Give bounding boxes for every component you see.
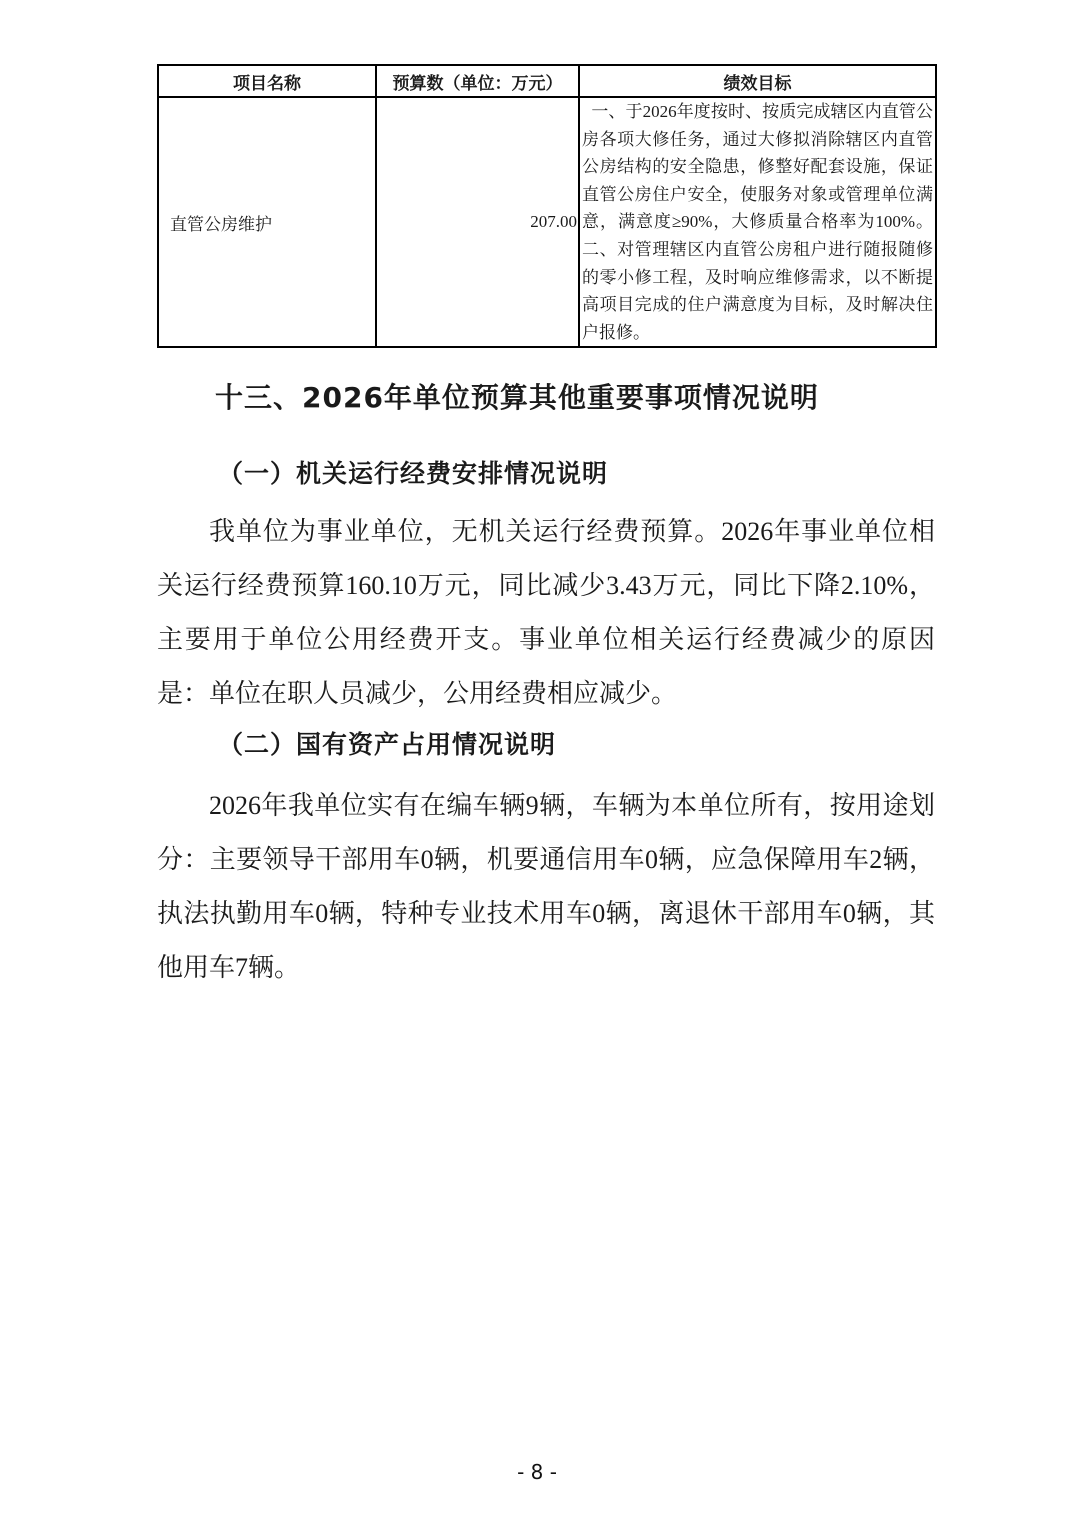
col-header-project-name: 项目名称 xyxy=(158,65,376,97)
subsection-1-heading: （一）机关运行经费安排情况说明 xyxy=(218,458,935,492)
budget-amount-cell: 207.00 xyxy=(376,97,579,347)
document-page: 项目名称 预算数（单位：万元） 绩效目标 直管公房维护 207.00 一、于20… xyxy=(157,64,935,995)
subsection-2-paragraph: 2026年我单位实有在编车辆9辆，车辆为本单位所有，按用途划分：主要领导干部用车… xyxy=(157,779,935,995)
subsection-1-paragraph: 我单位为事业单位，无机关运行经费预算。2026年事业单位相关运行经费预算160.… xyxy=(157,505,935,721)
page-number: - 8 - xyxy=(0,1460,1074,1484)
performance-goal-cell: 一、于2026年度按时、按质完成辖区内直管公房各项大修任务，通过大修拟消除辖区内… xyxy=(579,97,936,347)
subsection-2-heading: （二）国有资产占用情况说明 xyxy=(218,729,935,763)
table-row: 直管公房维护 207.00 一、于2026年度按时、按质完成辖区内直管公房各项大… xyxy=(158,97,936,347)
section-title: 十三、2026年单位预算其他重要事项情况说明 xyxy=(215,378,935,418)
project-budget-table: 项目名称 预算数（单位：万元） 绩效目标 直管公房维护 207.00 一、于20… xyxy=(157,64,937,348)
project-name-cell: 直管公房维护 xyxy=(158,97,376,347)
col-header-performance-goal: 绩效目标 xyxy=(579,65,936,97)
table-header-row: 项目名称 预算数（单位：万元） 绩效目标 xyxy=(158,65,936,97)
col-header-budget: 预算数（单位：万元） xyxy=(376,65,579,97)
